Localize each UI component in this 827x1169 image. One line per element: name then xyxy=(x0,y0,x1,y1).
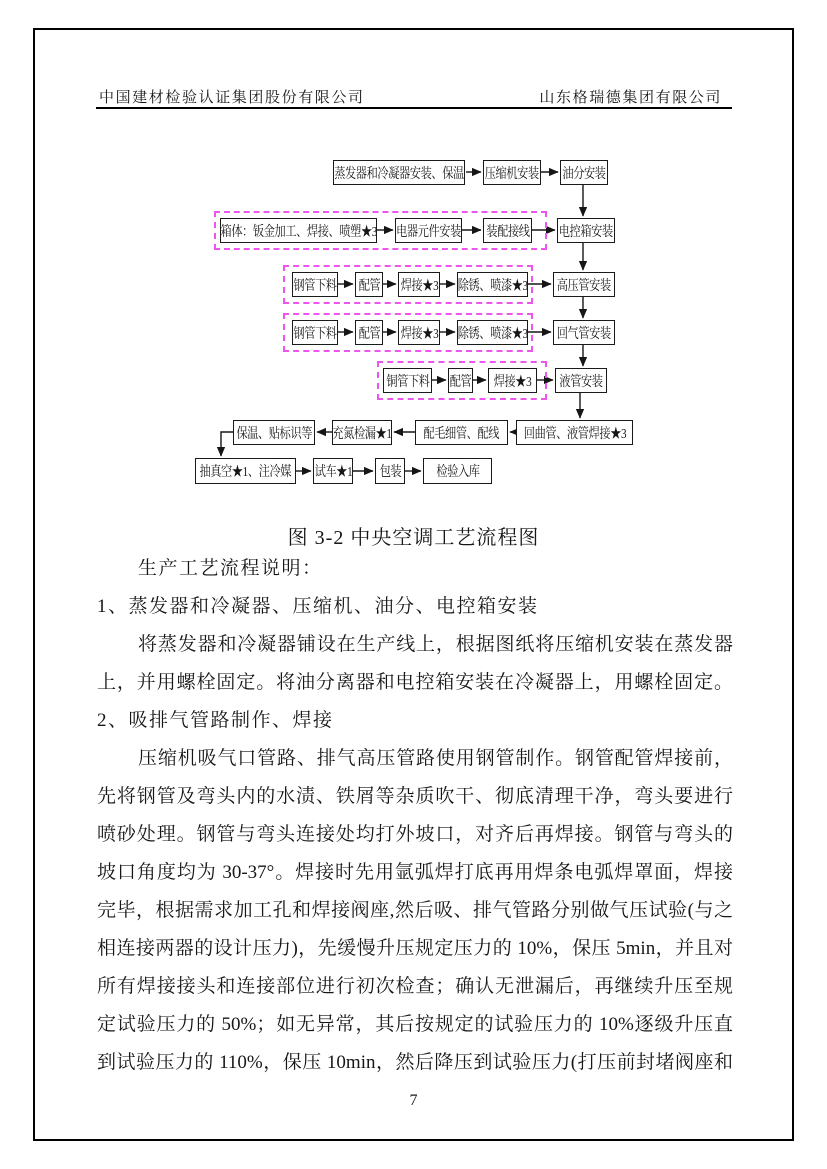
paragraph-line: 坡口角度均为 30-37°。焊接时先用氩弧焊打底再用焊条电弧焊罩面，焊接 xyxy=(97,854,733,892)
flow-box-inspection-storage: 检验入库 xyxy=(423,458,492,484)
flow-box-label: 电器元件安装 xyxy=(396,221,461,241)
paragraph-line: 定试验压力的 50%；如无异常，其后按规定的试验压力的 10%逐级升压直 xyxy=(97,1006,733,1044)
flow-arrows xyxy=(0,0,827,520)
flow-box-label: 除锈、喷漆★3 xyxy=(458,323,528,343)
flow-box-steel-pipe-cutting-2: 钢管下料 xyxy=(292,320,338,345)
flow-box-copper-pipe-cutting: 铜管下料 xyxy=(383,368,432,393)
flow-box-nitrogen-leak-test: 充氮检漏★1 xyxy=(332,420,392,445)
flow-box-control-box-install: 电控箱安装 xyxy=(557,218,615,243)
process-flowchart: 蒸发器和冷凝器安装、保温 压缩机安装 油分安装 箱体：钣金加工、焊接、喷塑★3 … xyxy=(0,0,827,520)
flow-box-label: 配管 xyxy=(358,323,380,343)
flow-box-label: 焊接★3 xyxy=(400,323,438,343)
body-text: 生产工艺流程说明： 1、蒸发器和冷凝器、压缩机、油分、电控箱安装 将蒸发器和冷凝… xyxy=(97,550,733,1082)
flow-box-label: 油分安装 xyxy=(562,163,605,183)
flow-box-label: 配管 xyxy=(358,275,380,295)
section-heading: 生产工艺流程说明： xyxy=(97,550,733,588)
flow-box-label: 回曲管、液管焊接★3 xyxy=(523,423,625,443)
list-item-1-heading: 1、蒸发器和冷凝器、压缩机、油分、电控箱安装 xyxy=(97,588,733,626)
flow-box-label: 抽真空★1、注冷媒 xyxy=(200,461,292,481)
paragraph-line: 相连接两器的设计压力)，先缓慢升压规定压力的 10%，保压 5min，并且对 xyxy=(97,930,733,968)
flow-box-piping: 配管 xyxy=(355,272,383,297)
flow-box-piping-3: 配管 xyxy=(448,368,473,393)
flow-box-packing: 包装 xyxy=(375,458,405,484)
flow-box-steel-pipe-cutting: 钢管下料 xyxy=(292,272,338,297)
flow-box-label: 电控箱安装 xyxy=(559,221,613,241)
flow-box-label: 除锈、喷漆★3 xyxy=(458,275,528,295)
flow-box-label: 配管 xyxy=(450,371,472,391)
paragraph-line: 喷砂处理。钢管与弯头连接处均打外坡口，对齐后再焊接。钢管与弯头的 xyxy=(97,816,733,854)
flow-box-label: 装配接线 xyxy=(486,221,529,241)
flow-box-return-liquid-pipe-welding: 回曲管、液管焊接★3 xyxy=(516,420,633,445)
paragraph-line: 到试验压力的 110%，保压 10min，然后降压到试验压力(打压前封堵阀座和 xyxy=(97,1044,733,1082)
flow-box-welding-3: 焊接★3 xyxy=(488,368,537,393)
flow-box-label: 检验入库 xyxy=(436,461,479,481)
flow-box-label: 液管安装 xyxy=(559,371,602,391)
flow-box-return-pipe-install: 回气管安装 xyxy=(553,320,615,345)
flow-box-cabinet-sheetmetal: 箱体：钣金加工、焊接、喷塑★3 xyxy=(220,218,377,243)
flow-box-label: 高压管安装 xyxy=(557,275,611,295)
flow-box-welding: 焊接★3 xyxy=(398,272,440,297)
flow-box-vacuum-refrigerant: 抽真空★1、注冷媒 xyxy=(195,458,296,484)
flow-box-evaporator-condenser-install: 蒸发器和冷凝器安装、保温 xyxy=(333,160,465,185)
flow-box-label: 箱体：钣金加工、焊接、喷塑★3 xyxy=(220,221,376,241)
flow-box-label: 试车★1 xyxy=(314,461,352,481)
paragraph-line: 先将钢管及弯头内的水渍、铁屑等杂质吹干、彻底清理干净，弯头要进行 xyxy=(97,778,733,816)
flow-box-insulation-labeling: 保温、贴标识等 xyxy=(233,420,315,445)
flow-box-hp-pipe-install: 高压管安装 xyxy=(553,272,615,297)
flow-box-liquid-pipe-install: 液管安装 xyxy=(555,368,607,393)
flow-box-label: 回气管安装 xyxy=(557,323,611,343)
paragraph-line: 压缩机吸气口管路、排气高压管路使用钢管制作。钢管配管焊接前， xyxy=(97,740,733,778)
flow-box-derust-paint: 除锈、喷漆★3 xyxy=(457,272,528,297)
flow-box-label: 钢管下料 xyxy=(293,323,336,343)
flow-box-label: 铜管下料 xyxy=(386,371,429,391)
flow-box-label: 蒸发器和冷凝器安装、保温 xyxy=(334,163,464,183)
flow-box-assembly-wiring: 装配接线 xyxy=(483,218,532,243)
paragraph-line: 完毕，根据需求加工孔和焊接阀座,然后吸、排气管路分别做气压试验(与之 xyxy=(97,892,733,930)
flow-box-piping-2: 配管 xyxy=(355,320,383,345)
flow-box-compressor-install: 压缩机安装 xyxy=(483,160,541,185)
flow-box-label: 保温、贴标识等 xyxy=(236,423,312,443)
flow-box-label: 包装 xyxy=(379,461,401,481)
flow-box-capillary-wiring: 配毛细管、配线 xyxy=(415,420,508,445)
page-number: 7 xyxy=(0,1092,827,1110)
flow-box-label: 焊接★3 xyxy=(494,371,532,391)
flow-box-test-run: 试车★1 xyxy=(313,458,353,484)
paragraph-line: 将蒸发器和冷凝器铺设在生产线上，根据图纸将压缩机安装在蒸发器 xyxy=(97,626,733,664)
flow-box-label: 配毛细管、配线 xyxy=(424,423,500,443)
flow-box-label: 压缩机安装 xyxy=(485,163,539,183)
paragraph-line: 所有焊接接头和连接部位进行初次检查；确认无泄漏后，再继续升压至规 xyxy=(97,968,733,1006)
flow-box-derust-paint-2: 除锈、喷漆★3 xyxy=(457,320,528,345)
document-page: 中国建材检验认证集团股份有限公司 山东格瑞德集团有限公司 xyxy=(0,0,827,1169)
paragraph-line: 上，并用螺栓固定。将油分离器和电控箱安装在冷凝器上，用螺栓固定。 xyxy=(97,664,733,702)
flow-box-label: 钢管下料 xyxy=(293,275,336,295)
flow-box-label: 焊接★3 xyxy=(400,275,438,295)
flow-box-label: 充氮检漏★1 xyxy=(332,423,391,443)
flow-box-welding-2: 焊接★3 xyxy=(398,320,440,345)
list-item-2-heading: 2、吸排气管路制作、焊接 xyxy=(97,702,733,740)
flow-box-electric-components-install: 电器元件安装 xyxy=(395,218,462,243)
flow-box-oil-separator-install: 油分安装 xyxy=(560,160,608,185)
figure-caption: 图 3-2 中央空调工艺流程图 xyxy=(0,521,827,550)
